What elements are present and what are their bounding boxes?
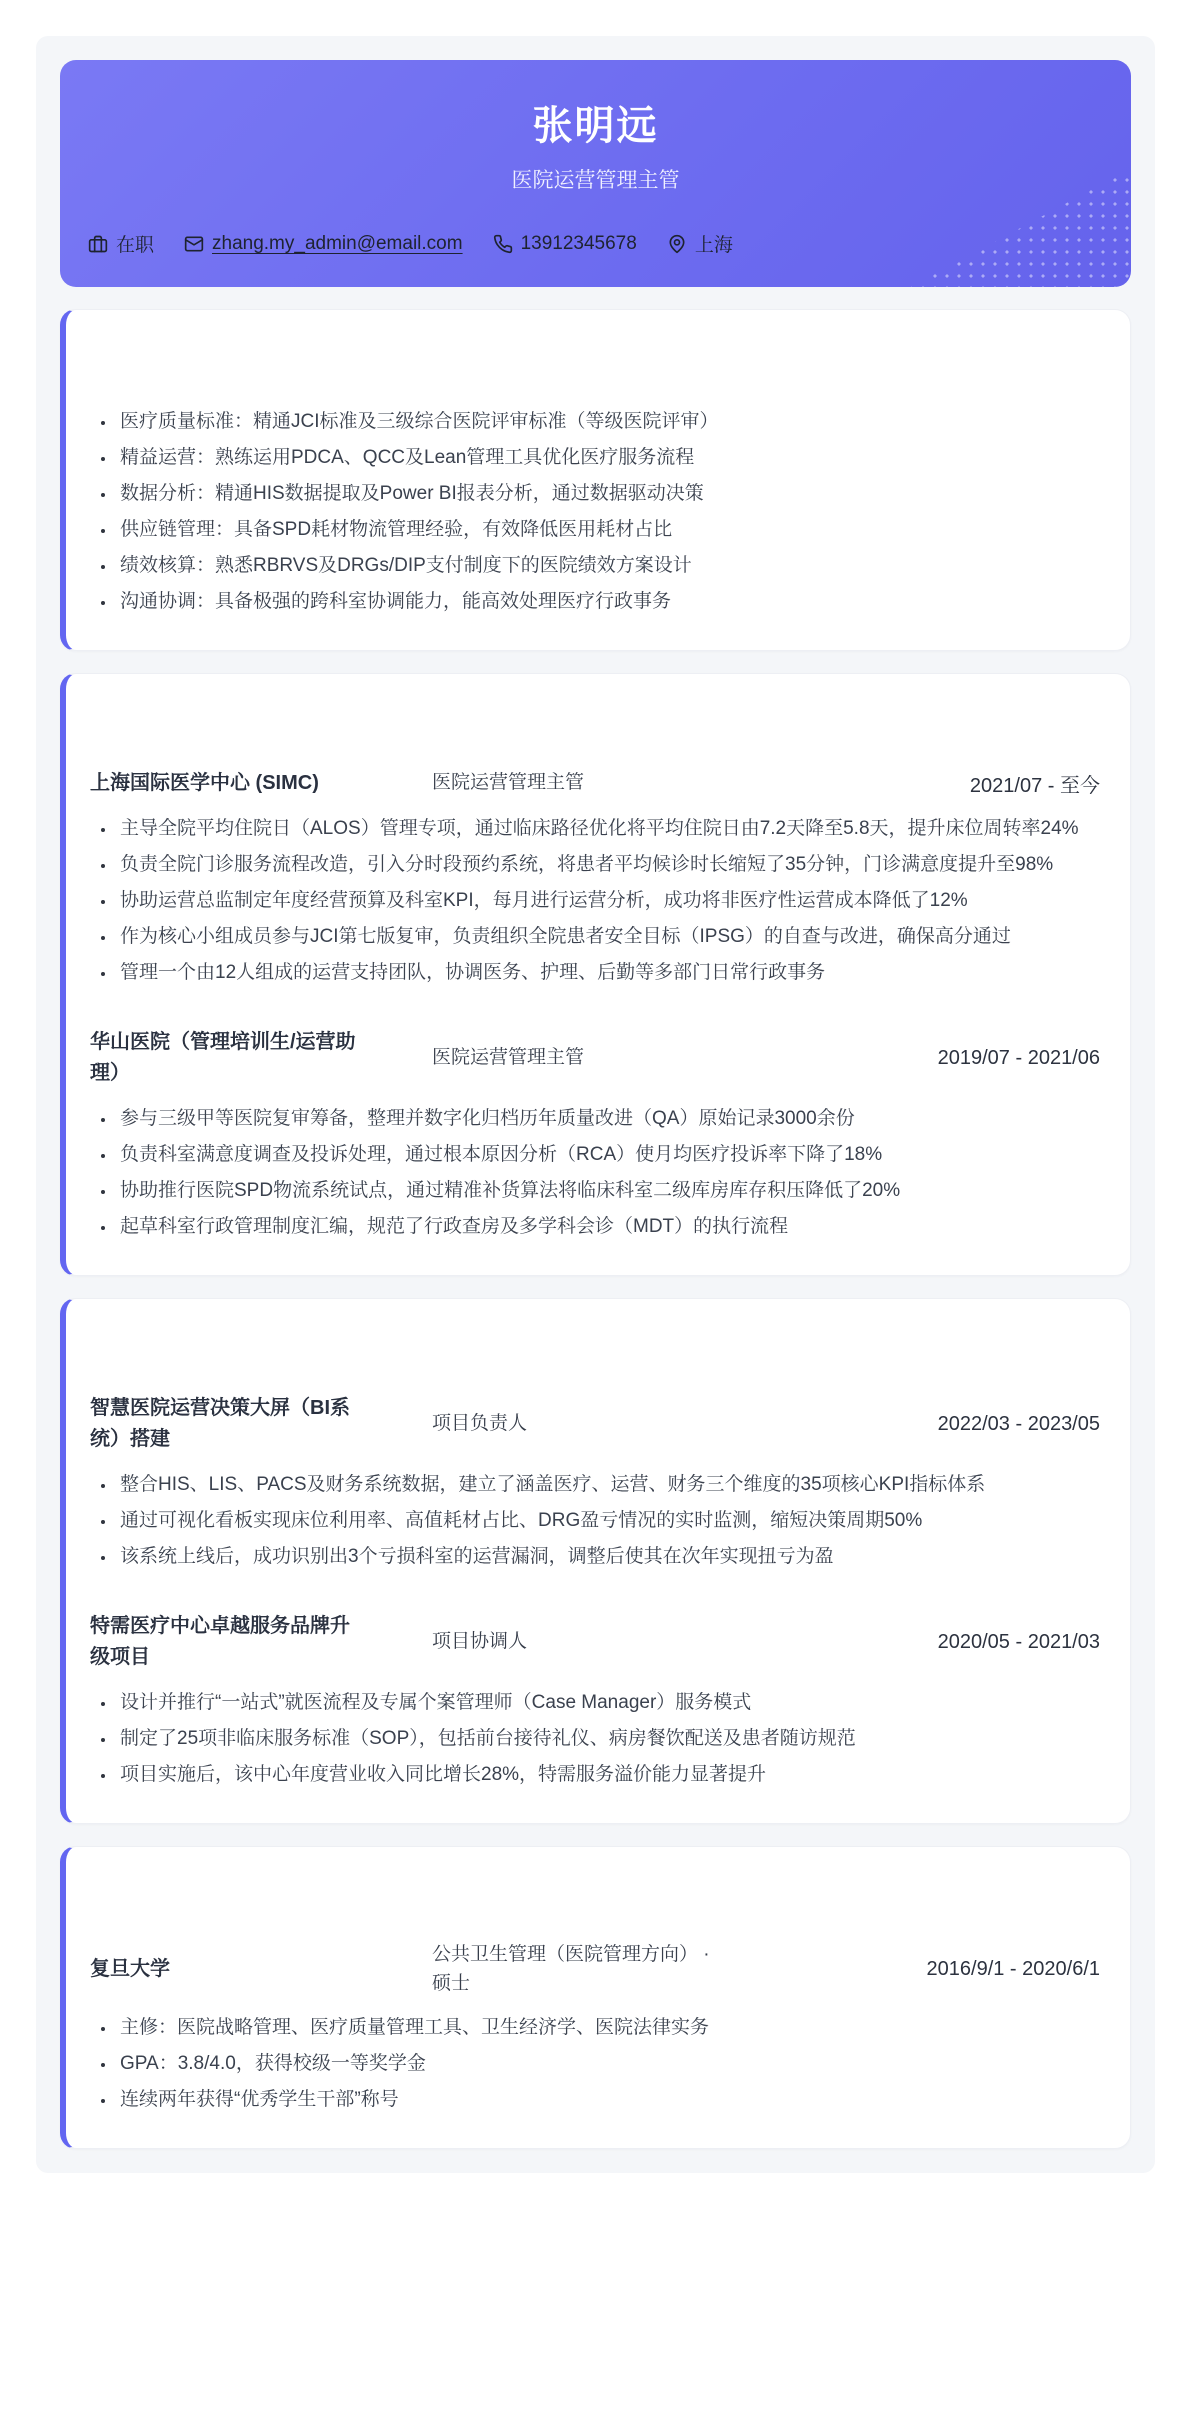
bullet-item: 制定了25项非临床服务标准（SOP），包括前台接待礼仪、病房餐饮配送及患者随访规… [116,1721,1100,1757]
date-range: 2022/03 - 2023/05 [938,1413,1100,1436]
job-title: 医院运营管理主管 [432,769,712,798]
project-entry: 特需医疗中心卓越服务品牌升级项目 项目协调人 2020/05 - 2021/03… [90,1611,1100,1793]
experience-entry: 华山医院（管理培训生/运营助理） 医院运营管理主管 2019/07 - 2021… [90,1027,1100,1245]
candidate-name: 张明远 [88,102,1103,150]
briefcase-icon [88,234,108,254]
location-label: 上海 [695,230,733,257]
entry-header: 特需医疗中心卓越服务品牌升级项目 项目协调人 2020/05 - 2021/03 [90,1611,1100,1673]
bullet-item: GPA：3.8/4.0，获得校级一等奖学金 [116,2046,1100,2082]
phone-number: 13912345678 [521,233,637,255]
bullet-item: 管理一个由12人组成的运营支持团队，协调医务、护理、后勤等多部门日常行政事务 [116,955,1100,991]
bullet-item: 作为核心小组成员参与JCI第七版复审，负责组织全院患者安全目标（IPSG）的自查… [116,919,1100,955]
bullet-item: 连续两年获得“优秀学生干部”称号 [116,2082,1100,2118]
bullet-item: 医疗质量标准：精通JCI标准及三级综合医院评审标准（等级医院评审） [116,404,1100,440]
education-bullets: 主修：医院战略管理、医疗质量管理工具、卫生经济学、医院法律实务 GPA：3.8/… [90,2010,1100,2118]
phone-icon [493,234,513,254]
bullet-item: 起草科室行政管理制度汇编，规范了行政查房及多学科会诊（MDT）的执行流程 [116,1209,1100,1245]
candidate-title: 医院运营管理主管 [88,164,1103,194]
resume-wrapper: 张明远 医院运营管理主管 在职 zhang.my_admin@email.com [36,36,1155,2173]
contact-row: 在职 zhang.my_admin@email.com 13912345678 [88,230,1103,257]
degree-name: 公共卫生管理（医院管理方向） · 硕士 [432,1941,712,1998]
employment-status-label: 在职 [116,230,154,257]
email-link[interactable]: zhang.my_admin@email.com [212,233,463,255]
school-name: 复旦大学 [90,1954,362,1985]
date-range: 2019/07 - 2021/06 [938,1047,1100,1070]
job-title: 医院运营管理主管 [432,1044,712,1073]
bullet-item: 协助运营总监制定年度经营预算及科室KPI，每月进行运营分析，成功将非医疗性运营成… [116,883,1100,919]
resume-page: 张明远 医院运营管理主管 在职 zhang.my_admin@email.com [0,0,1191,2209]
skills-list: 医疗质量标准：精通JCI标准及三级综合医院评审标准（等级医院评审） 精益运营：熟… [90,404,1100,620]
bullet-item: 协助推行医院SPD物流系统试点，通过精准补货算法将临床科室二级库房库存积压降低了… [116,1173,1100,1209]
experience-bullets: 参与三级甲等医院复审筹备，整理并数字化归档历年质量改进（QA）原始记录3000余… [90,1101,1100,1245]
experience-entry: 上海国际医学中心 (SIMC) 医院运营管理主管 2021/07 - 至今 主导… [90,768,1100,991]
bullet-item: 主导全院平均住院日（ALOS）管理专项，通过临床路径优化将平均住院日由7.2天降… [116,811,1100,847]
section-skills: 医疗质量标准：精通JCI标准及三级综合医院评审标准（等级医院评审） 精益运营：熟… [60,309,1131,651]
bullet-item: 主修：医院战略管理、医疗质量管理工具、卫生经济学、医院法律实务 [116,2010,1100,2046]
location-item: 上海 [667,230,733,257]
entry-header: 华山医院（管理培训生/运营助理） 医院运营管理主管 2019/07 - 2021… [90,1027,1100,1089]
bullet-item: 负责科室满意度调查及投诉处理，通过根本原因分析（RCA）使月均医疗投诉率下降了1… [116,1137,1100,1173]
project-entry: 智慧医院运营决策大屏（BI系统）搭建 项目负责人 2022/03 - 2023/… [90,1393,1100,1575]
date-range: 2020/05 - 2021/03 [938,1631,1100,1654]
bullet-item: 供应链管理：具备SPD耗材物流管理经验，有效降低医用耗材占比 [116,512,1100,548]
date-range: 2021/07 - 至今 [970,769,1100,798]
section-projects: 智慧医院运营决策大屏（BI系统）搭建 项目负责人 2022/03 - 2023/… [60,1298,1131,1824]
employment-status: 在职 [88,230,154,257]
education-entry: 复旦大学 公共卫生管理（医院管理方向） · 硕士 2016/9/1 - 2020… [90,1941,1100,2118]
bullet-item: 设计并推行“一站式”就医流程及专属个案管理师（Case Manager）服务模式 [116,1685,1100,1721]
resume-header: 张明远 医院运营管理主管 在职 zhang.my_admin@email.com [60,60,1131,287]
date-range: 2016/9/1 - 2020/6/1 [927,1958,1100,1981]
company-name: 上海国际医学中心 (SIMC) [90,768,362,799]
bullet-item: 数据分析：精通HIS数据提取及Power BI报表分析，通过数据驱动决策 [116,476,1100,512]
bullet-item: 负责全院门诊服务流程改造，引入分时段预约系统，将患者平均候诊时长缩短了35分钟，… [116,847,1100,883]
bullet-item: 项目实施后，该中心年度营业收入同比增长28%，特需服务溢价能力显著提升 [116,1757,1100,1793]
section-education: 复旦大学 公共卫生管理（医院管理方向） · 硕士 2016/9/1 - 2020… [60,1846,1131,2149]
entry-header: 智慧医院运营决策大屏（BI系统）搭建 项目负责人 2022/03 - 2023/… [90,1393,1100,1455]
bullet-item: 沟通协调：具备极强的跨科室协调能力，能高效处理医疗行政事务 [116,584,1100,620]
bullet-item: 绩效核算：熟悉RBRVS及DRGs/DIP支付制度下的医院绩效方案设计 [116,548,1100,584]
location-pin-icon [667,234,687,254]
bullet-item: 精益运营：熟练运用PDCA、QCC及Lean管理工具优化医疗服务流程 [116,440,1100,476]
bullet-item: 通过可视化看板实现床位利用率、高值耗材占比、DRG盈亏情况的实时监测，缩短决策周… [116,1503,1100,1539]
project-name: 智慧医院运营决策大屏（BI系统）搭建 [90,1393,362,1455]
mail-icon [184,234,204,254]
bullet-item: 参与三级甲等医院复审筹备，整理并数字化归档历年质量改进（QA）原始记录3000余… [116,1101,1100,1137]
project-role: 项目协调人 [432,1628,712,1657]
project-name: 特需医疗中心卓越服务品牌升级项目 [90,1611,362,1673]
company-name: 华山医院（管理培训生/运营助理） [90,1027,362,1089]
phone-item: 13912345678 [493,233,637,255]
bullet-item: 整合HIS、LIS、PACS及财务系统数据，建立了涵盖医疗、运营、财务三个维度的… [116,1467,1100,1503]
project-bullets: 整合HIS、LIS、PACS及财务系统数据，建立了涵盖医疗、运营、财务三个维度的… [90,1467,1100,1575]
section-experience: 上海国际医学中心 (SIMC) 医院运营管理主管 2021/07 - 至今 主导… [60,673,1131,1276]
project-role: 项目负责人 [432,1410,712,1439]
entry-header: 复旦大学 公共卫生管理（医院管理方向） · 硕士 2016/9/1 - 2020… [90,1941,1100,1998]
bullet-item: 该系统上线后，成功识别出3个亏损科室的运营漏洞，调整后使其在次年实现扭亏为盈 [116,1539,1100,1575]
project-bullets: 设计并推行“一站式”就医流程及专属个案管理师（Case Manager）服务模式… [90,1685,1100,1793]
email-item: zhang.my_admin@email.com [184,233,463,255]
entry-header: 上海国际医学中心 (SIMC) 医院运营管理主管 2021/07 - 至今 [90,768,1100,799]
experience-bullets: 主导全院平均住院日（ALOS）管理专项，通过临床路径优化将平均住院日由7.2天降… [90,811,1100,991]
